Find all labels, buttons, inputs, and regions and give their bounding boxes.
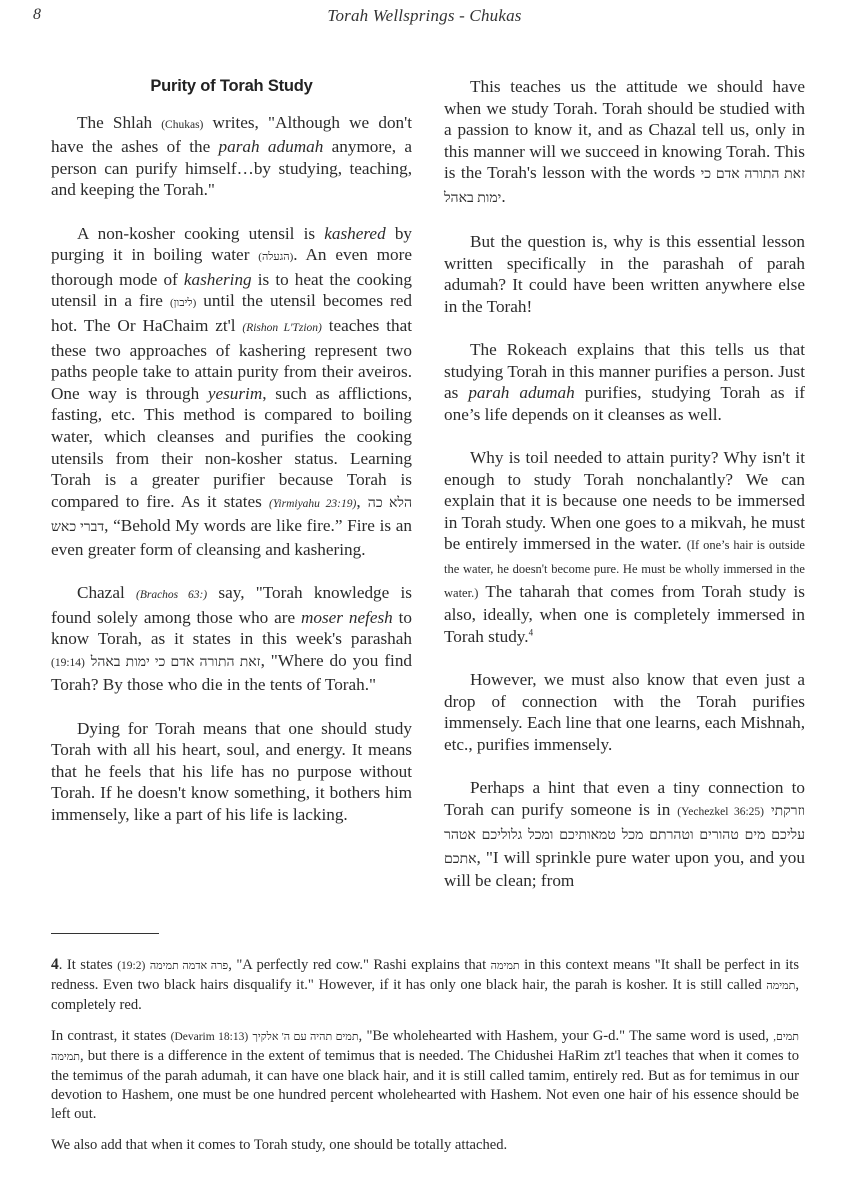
paragraph-toil: Why is toil needed to attain purity? Why… xyxy=(444,447,805,647)
footnote-4-continued: In contrast, it states (Devarim 18:13) ת… xyxy=(51,1027,799,1124)
left-column: Purity of Torah Study The Shlah (Chukas)… xyxy=(51,72,412,847)
running-title: Torah Wellsprings - Chukas xyxy=(0,6,849,26)
paragraph-hint: Perhaps a hint that even a tiny connecti… xyxy=(444,777,805,892)
footnote-4: 4. It states (19:2) פרה אדמה תמימה, "A p… xyxy=(51,955,799,1015)
paragraph-kashering: A non-kosher cooking utensil is kashered… xyxy=(51,223,412,561)
paragraph-shlah: The Shlah (Chukas) writes, "Although we … xyxy=(51,112,412,201)
paragraph-dying-for-torah: Dying for Torah means that one should st… xyxy=(51,718,412,826)
paragraph-question: But the question is, why is this essenti… xyxy=(444,231,805,317)
footnote-4-conclusion: We also add that when it comes to Torah … xyxy=(51,1136,799,1155)
right-column: This teaches us the attitude we should h… xyxy=(444,72,805,914)
paragraph-rokeach: The Rokeach explains that this tells us … xyxy=(444,339,805,425)
paragraph-drop-of-connection: However, we must also know that even jus… xyxy=(444,669,805,755)
paragraph-attitude: This teaches us the attitude we should h… xyxy=(444,76,805,210)
footnote-divider xyxy=(51,933,159,934)
paragraph-chazal: Chazal (Brachos 63:) say, "Torah knowled… xyxy=(51,582,412,696)
footnote-number: 4 xyxy=(51,956,59,973)
footnote-reference[interactable]: 4 xyxy=(529,627,534,637)
section-title: Purity of Torah Study xyxy=(51,76,412,98)
footnotes: 4. It states (19:2) פרה אדמה תמימה, "A p… xyxy=(51,955,799,1167)
